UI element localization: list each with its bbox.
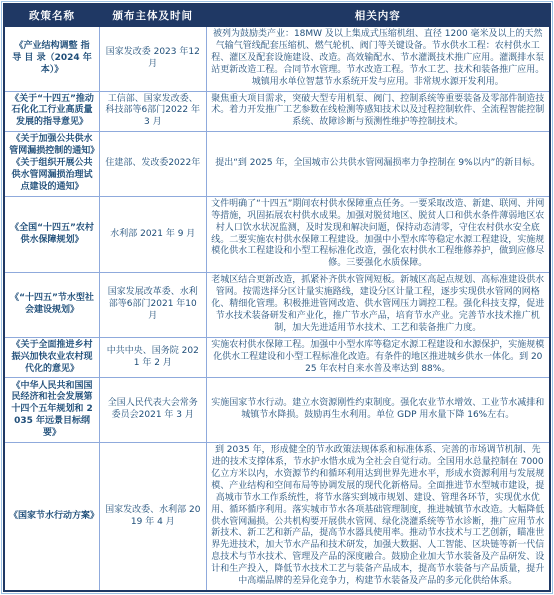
- table-row: 《关于全面推进乡村振兴加快农业农村现代化的意见》 中共中央、国务院 2021 年…: [4, 337, 550, 378]
- related-content-cell: 聚焦重大项目需求，突破大型专用机泵、阀门、控制系统等重要装备及零部件制造技术。着…: [206, 91, 550, 132]
- policy-name-cell: 《“十四五”节水型社会建设规划》: [4, 273, 100, 338]
- issuer-date-cell: 中共中央、国务院 2021 年 2 月: [100, 337, 206, 378]
- policy-name-cell: 《关于加强公共供水管网漏损控制的通知》《关于组织开展公共供水管网漏损治理试点建设…: [4, 132, 100, 197]
- related-content-cell: 到 2035 年，形成健全的节水政策法规体系和标准体系、完善的市场调节机制、先进…: [206, 443, 550, 591]
- issuer-date-cell: 全国人民代表大会常务委员会2021 年 3 月: [100, 378, 206, 443]
- policy-name-cell: 《全国“十四五”农村供水保障规划》: [4, 196, 100, 272]
- issuer-date-cell: 国家发展改革委、水利部等6部门2021 年10 月: [100, 273, 206, 338]
- issuer-date-cell: 国家发改委、水利部 2019 年 4 月: [100, 443, 206, 591]
- column-header-policy-name: 政策名称: [4, 4, 100, 27]
- policy-name-cell: 《国家节水行动方案》: [4, 443, 100, 591]
- issuer-date-cell: 工信部、国家发改委、科技部等6部门2022 年 3 月: [100, 91, 206, 132]
- table-row: 《产业结构调整 指 导 目 录（2024 年本）》 国家发改委 2023 年12…: [4, 27, 550, 92]
- issuer-date-cell: 水利部 2021 年 9 月: [100, 196, 206, 272]
- policy-table-body: 《产业结构调整 指 导 目 录（2024 年本）》 国家发改委 2023 年12…: [4, 27, 550, 592]
- table-row: 《关于加强公共供水管网漏损控制的通知》《关于组织开展公共供水管网漏损治理试点建设…: [4, 132, 550, 197]
- table-row: 《国家节水行动方案》 国家发改委、水利部 2019 年 4 月 到 2035 年…: [4, 443, 550, 591]
- policy-name-cell: 《中华人民共和国国民经济和社会发展第十四个五年规划和 2035 年远景目标纲要》: [4, 378, 100, 443]
- related-content-cell: 老城区结合更新改造，抓紧补齐供水管网短板。新城区高起点规划、高标准建设供水管网。…: [206, 273, 550, 338]
- related-content-cell: 文件明确了“十四五”期间农村供水保障重点任务。一要采取改造、新建、联网、并网等措…: [206, 196, 550, 272]
- table-row: 《全国“十四五”农村供水保障规划》 水利部 2021 年 9 月 文件明确了“十…: [4, 196, 550, 272]
- table-row: 《中华人民共和国国民经济和社会发展第十四个五年规划和 2035 年远景目标纲要》…: [4, 378, 550, 443]
- policy-name-cell: 《关于“十四五”推动石化化工行业高质量发展的指导意见》: [4, 91, 100, 132]
- header-row: 政策名称 颁布主体及时间 相关内容: [4, 4, 550, 27]
- column-header-issuer-date: 颁布主体及时间: [100, 4, 206, 27]
- related-content-cell: 提出“到 2025 年，全国城市公共供水管网漏损率力争控制在 9%以内”的新目标…: [206, 132, 550, 197]
- related-content-cell: 实施国家节水行动。建立水资源刚性约束制度。强化农业节水增效、工业节水减排和城镇节…: [206, 378, 550, 443]
- policy-table-header: 政策名称 颁布主体及时间 相关内容: [4, 4, 550, 27]
- column-header-content: 相关内容: [206, 4, 550, 27]
- related-content-cell: 被列为鼓励类产业：18MW 及以上集成式压缩机组、直径 1200 毫米及以上的天…: [206, 27, 550, 92]
- policy-table-page: 政策名称 颁布主体及时间 相关内容 《产业结构调整 指 导 目 录（2024 年…: [0, 0, 554, 595]
- issuer-date-cell: 国家发改委 2023 年12月: [100, 27, 206, 92]
- policy-table: 政策名称 颁布主体及时间 相关内容 《产业结构调整 指 导 目 录（2024 年…: [3, 3, 551, 592]
- issuer-date-cell: 住建部、发改委2022年: [100, 132, 206, 197]
- table-row: 《关于“十四五”推动石化化工行业高质量发展的指导意见》 工信部、国家发改委、科技…: [4, 91, 550, 132]
- table-row: 《“十四五”节水型社会建设规划》 国家发展改革委、水利部等6部门2021 年10…: [4, 273, 550, 338]
- policy-name-cell: 《关于全面推进乡村振兴加快农业农村现代化的意见》: [4, 337, 100, 378]
- policy-name-cell: 《产业结构调整 指 导 目 录（2024 年本）》: [4, 27, 100, 92]
- policy-table-frame: 政策名称 颁布主体及时间 相关内容 《产业结构调整 指 导 目 录（2024 年…: [1, 1, 553, 594]
- related-content-cell: 实施农村供水保障工程。加强中小型水库等稳定水源工程建设和水源保护，实施规模化供水…: [206, 337, 550, 378]
